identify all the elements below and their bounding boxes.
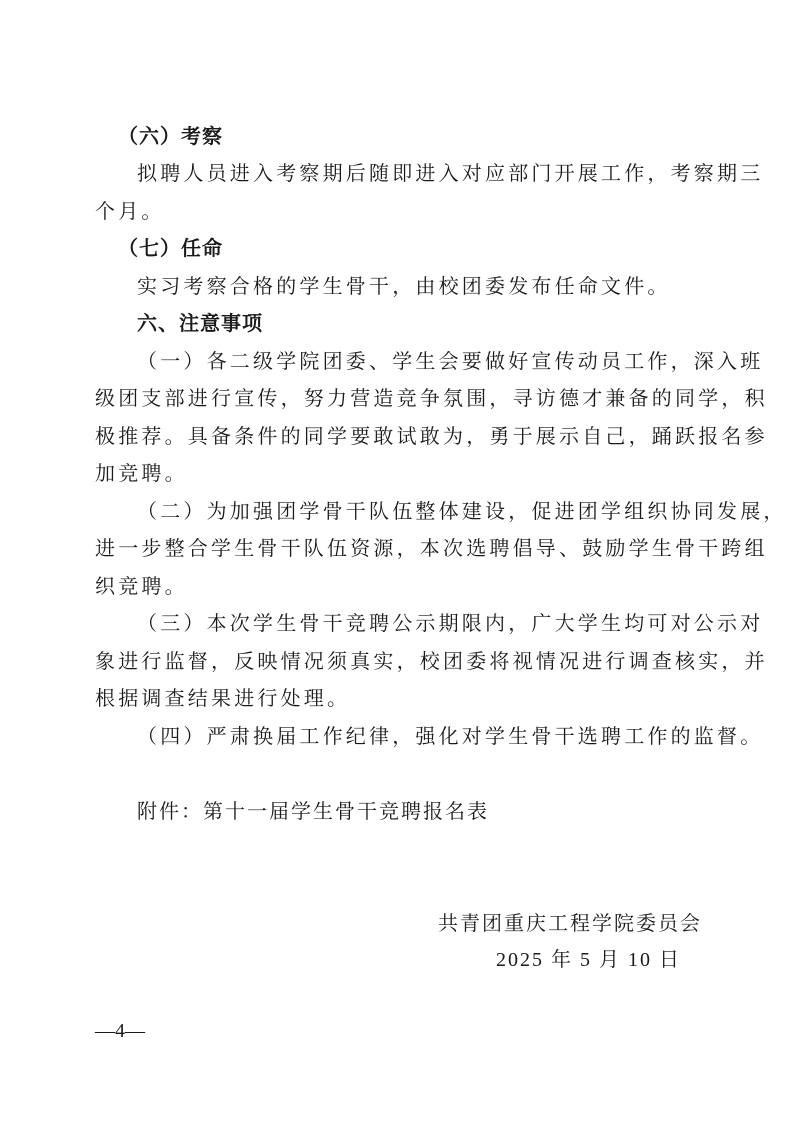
paragraph-line: 个月。: [95, 197, 165, 225]
paragraph-line: （二）为加强团学骨干队伍整体建设，促进团学组织协同发展，: [137, 497, 787, 525]
paragraph-line: 级团支部进行宣传，努力营造竞争氛围，寻访德才兼备的同学，积: [95, 384, 768, 412]
section-heading-inspection: （六）考察: [118, 122, 223, 150]
page-number: —4—: [95, 1018, 145, 1044]
paragraph-line: 极推荐。具备条件的同学要敢试敢为，勇于展示自己，踊跃报名参: [95, 422, 768, 450]
paragraph-line: 象进行监督，反映情况须真实，校团委将视情况进行调查核实，并: [95, 647, 768, 675]
paragraph-line: 根据调查结果进行处理。: [95, 684, 350, 712]
signature-organization: 共青团重庆工程学院委员会: [438, 909, 702, 937]
paragraph-line: （四）严肃换届工作纪律，强化对学生骨干选聘工作的监督。: [137, 722, 763, 750]
paragraph-line: 织竞聘。: [95, 572, 188, 600]
attachment-note: 附件：第十一届学生骨干竞聘报名表: [137, 797, 489, 825]
paragraph-line: （三）本次学生骨干竞聘公示期限内，广大学生均可对公示对: [137, 609, 763, 637]
paragraph-line: 拟聘人员进入考察期后随即进入对应部门开展工作，考察期三: [137, 159, 763, 187]
section-heading-appointment: （七）任命: [118, 234, 223, 262]
section-heading-notes: 六、注意事项: [137, 309, 263, 337]
paragraph-line: 实习考察合格的学生骨干，由校团委发布任命文件。: [137, 272, 671, 300]
paragraph-line: 加竞聘。: [95, 459, 188, 487]
signature-date: 2025 年 5 月 10 日: [496, 946, 681, 974]
paragraph-line: 进一步整合学生骨干队伍资源，本次选聘倡导、鼓励学生骨干跨组: [95, 534, 768, 562]
paragraph-line: （一）各二级学院团委、学生会要做好宣传动员工作，深入班: [137, 347, 763, 375]
